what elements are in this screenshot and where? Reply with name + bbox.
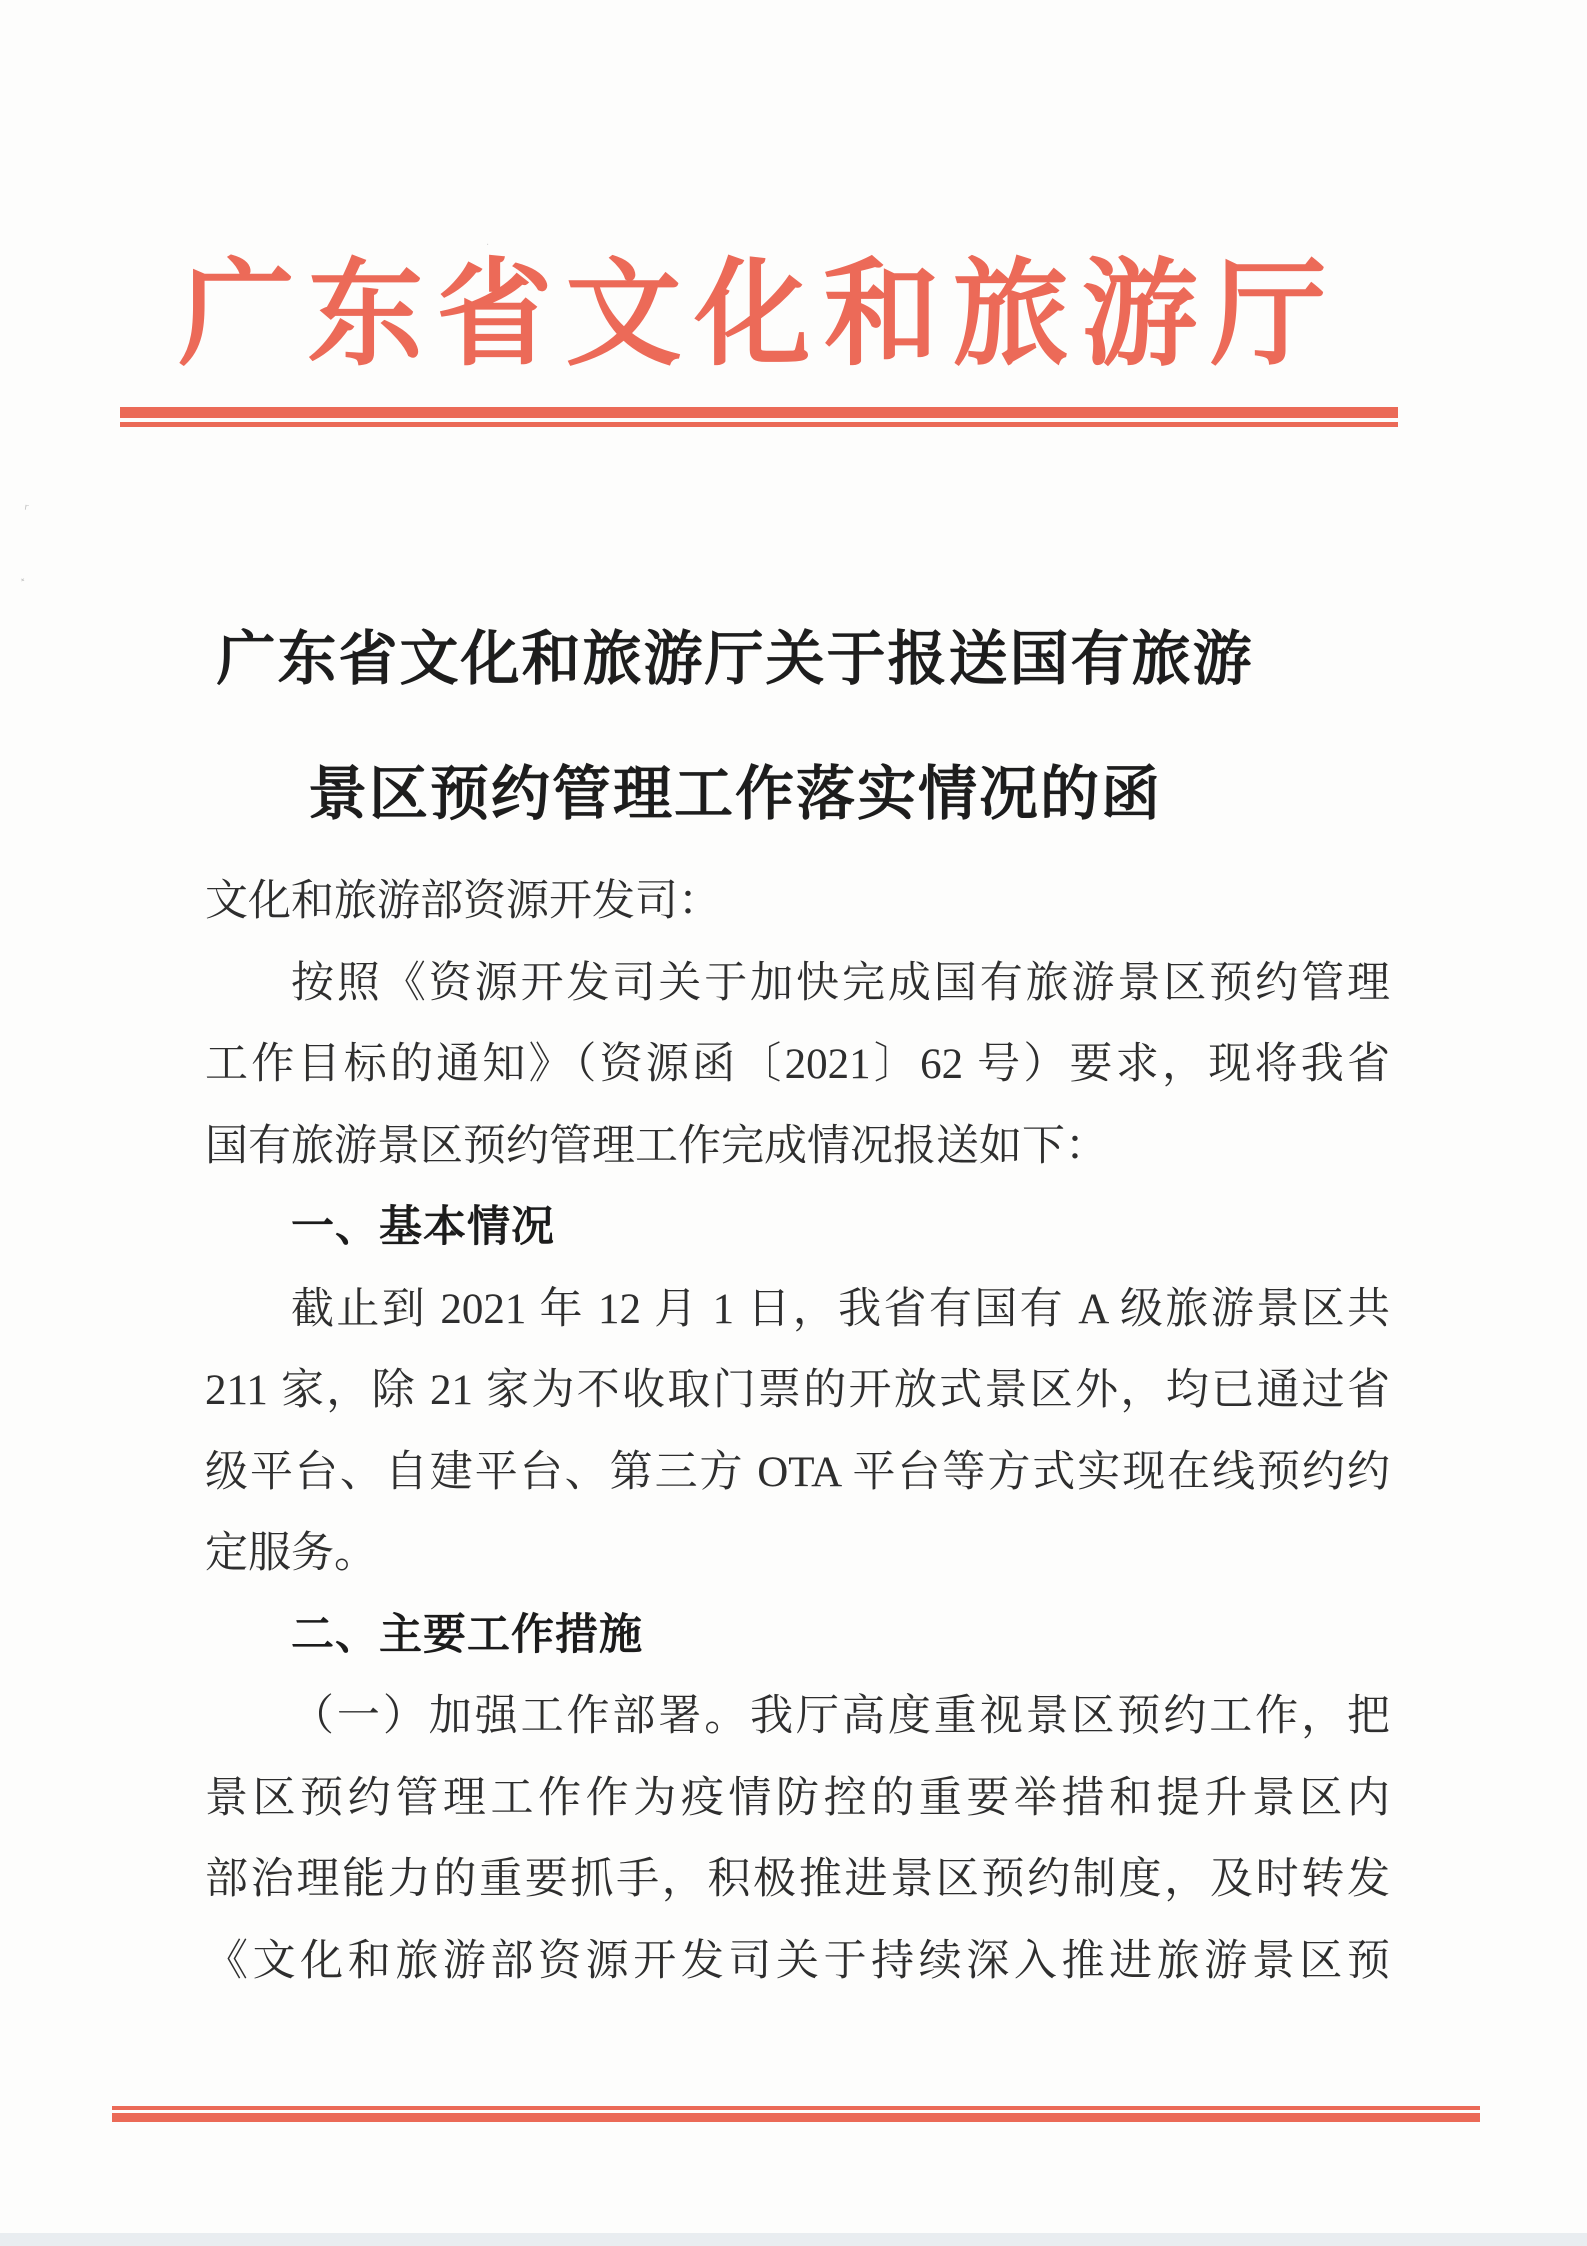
document-title-line-1: 广东省文化和旅游厅关于报送国有旅游	[96, 592, 1374, 727]
body-line: （一）加强工作部署。我厅高度重视景区预约工作，把	[205, 1676, 1390, 1758]
body-line: 部治理能力的重要抓手，积极推进景区预约制度，及时转发	[205, 1839, 1390, 1921]
rule-thick-bar	[112, 2113, 1480, 2122]
scanned-document-page: 广东省文化和旅游厅 广东省文化和旅游厅关于报送国有旅游 景区预约管理工作落实情况…	[0, 0, 1587, 2246]
rule-thin-bar	[120, 422, 1398, 427]
footer-double-rule	[112, 2106, 1480, 2122]
rule-thick-bar	[120, 407, 1398, 418]
body-line: 级平台、自建平台、第三方 OTA 平台等方式实现在线预约约	[205, 1432, 1390, 1514]
body-line-salutation: 文化和旅游部资源开发司：	[205, 861, 1390, 943]
scan-edge-strip	[0, 2233, 1587, 2246]
document-title: 广东省文化和旅游厅关于报送国有旅游 景区预约管理工作落实情况的函	[96, 592, 1374, 862]
document-title-line-2: 景区预约管理工作落实情况的函	[96, 727, 1374, 862]
letterhead-double-rule	[120, 407, 1398, 427]
letterhead-org-name: 广东省文化和旅游厅	[120, 238, 1398, 395]
body-line: 国有旅游景区预约管理工作完成情况报送如下：	[205, 1106, 1390, 1188]
body-line: 截止到 2021 年 12 月 1 日，我省有国有 A 级旅游景区共	[205, 1269, 1390, 1351]
scan-artifact: ·	[486, 240, 489, 251]
body-line: 工作目标的通知》（资源函〔2021〕62 号）要求，现将我省	[205, 1024, 1390, 1106]
scan-artifact: ˟	[19, 578, 27, 594]
body-line: 按照《资源开发司关于加快完成国有旅游景区预约管理	[205, 943, 1390, 1025]
body-line: 《文化和旅游部资源开发司关于持续深入推进旅游景区预	[205, 1921, 1390, 2003]
body-line: 211 家，除 21 家为不收取门票的开放式景区外，均已通过省	[205, 1350, 1390, 1432]
section-heading-1: 一、基本情况	[205, 1187, 1390, 1269]
section-heading-2: 二、主要工作措施	[205, 1595, 1390, 1677]
body-line: 定服务。	[205, 1513, 1390, 1595]
body-line: 景区预约管理工作作为疫情防控的重要举措和提升景区内	[205, 1758, 1390, 1840]
scan-artifact: ʳ	[23, 500, 30, 519]
document-body: 文化和旅游部资源开发司： 按照《资源开发司关于加快完成国有旅游景区预约管理 工作…	[205, 861, 1390, 2002]
